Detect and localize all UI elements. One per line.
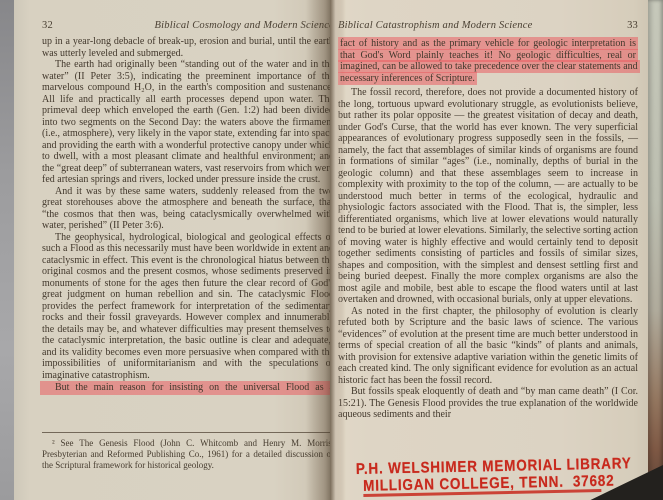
right-paragraphs: The fossil record, therefore, does not p… bbox=[338, 87, 638, 421]
highlighted-block: fact of history and as the primary vehic… bbox=[338, 38, 638, 84]
footnote-rule bbox=[42, 432, 334, 433]
running-head-right: Biblical Catastrophism and Modern Scienc… bbox=[338, 20, 638, 31]
library-stamp: P.H. WELSHIMER MEMORIAL LIBRARY MILLIGAN… bbox=[356, 454, 661, 497]
paragraph: As noted in the first chapter, the philo… bbox=[338, 306, 638, 387]
paragraph: The fossil record, therefore, does not p… bbox=[338, 87, 638, 306]
paragraph: And it was by these same waters, suddenl… bbox=[42, 186, 334, 232]
paragraph: up in a year-long debacle of break-up, e… bbox=[42, 36, 334, 59]
text-column-right: fact of history and as the primary vehic… bbox=[338, 38, 638, 421]
left-paragraphs: up in a year-long debacle of break-up, e… bbox=[42, 36, 334, 381]
paragraph: The geophysical, hydrological, biologica… bbox=[42, 232, 334, 382]
page-number-right: 33 bbox=[627, 20, 638, 31]
page-stack-edge bbox=[648, 0, 663, 500]
paragraph: The earth had originally been “standing … bbox=[42, 59, 334, 186]
highlighted-block-text: fact of history and as the primary vehic… bbox=[338, 37, 640, 85]
highlighted-line: But the main reason for insisting on the… bbox=[40, 381, 336, 395]
page-number-left: 32 bbox=[42, 20, 53, 31]
highlighted-line-text: But the main reason for insisting on the… bbox=[55, 382, 334, 393]
page-right: Biblical Catastrophism and Modern Scienc… bbox=[330, 0, 649, 500]
running-title-right: Biblical Catastrophism and Modern Scienc… bbox=[338, 20, 532, 31]
page-left: 32 Biblical Cosmology and Modern Science… bbox=[14, 0, 330, 500]
text-column-left: up in a year-long debacle of break-up, e… bbox=[42, 36, 334, 395]
book-scan: 32 Biblical Cosmology and Modern Science… bbox=[0, 0, 663, 500]
scan-background-left-edge bbox=[0, 0, 14, 500]
footnote: ² See The Genesis Flood (John C. Whitcom… bbox=[42, 438, 334, 470]
paragraph: But fossils speak eloquently of death an… bbox=[338, 386, 638, 421]
running-head-left: 32 Biblical Cosmology and Modern Science bbox=[42, 20, 334, 31]
running-title-left: Biblical Cosmology and Modern Science bbox=[155, 20, 334, 31]
